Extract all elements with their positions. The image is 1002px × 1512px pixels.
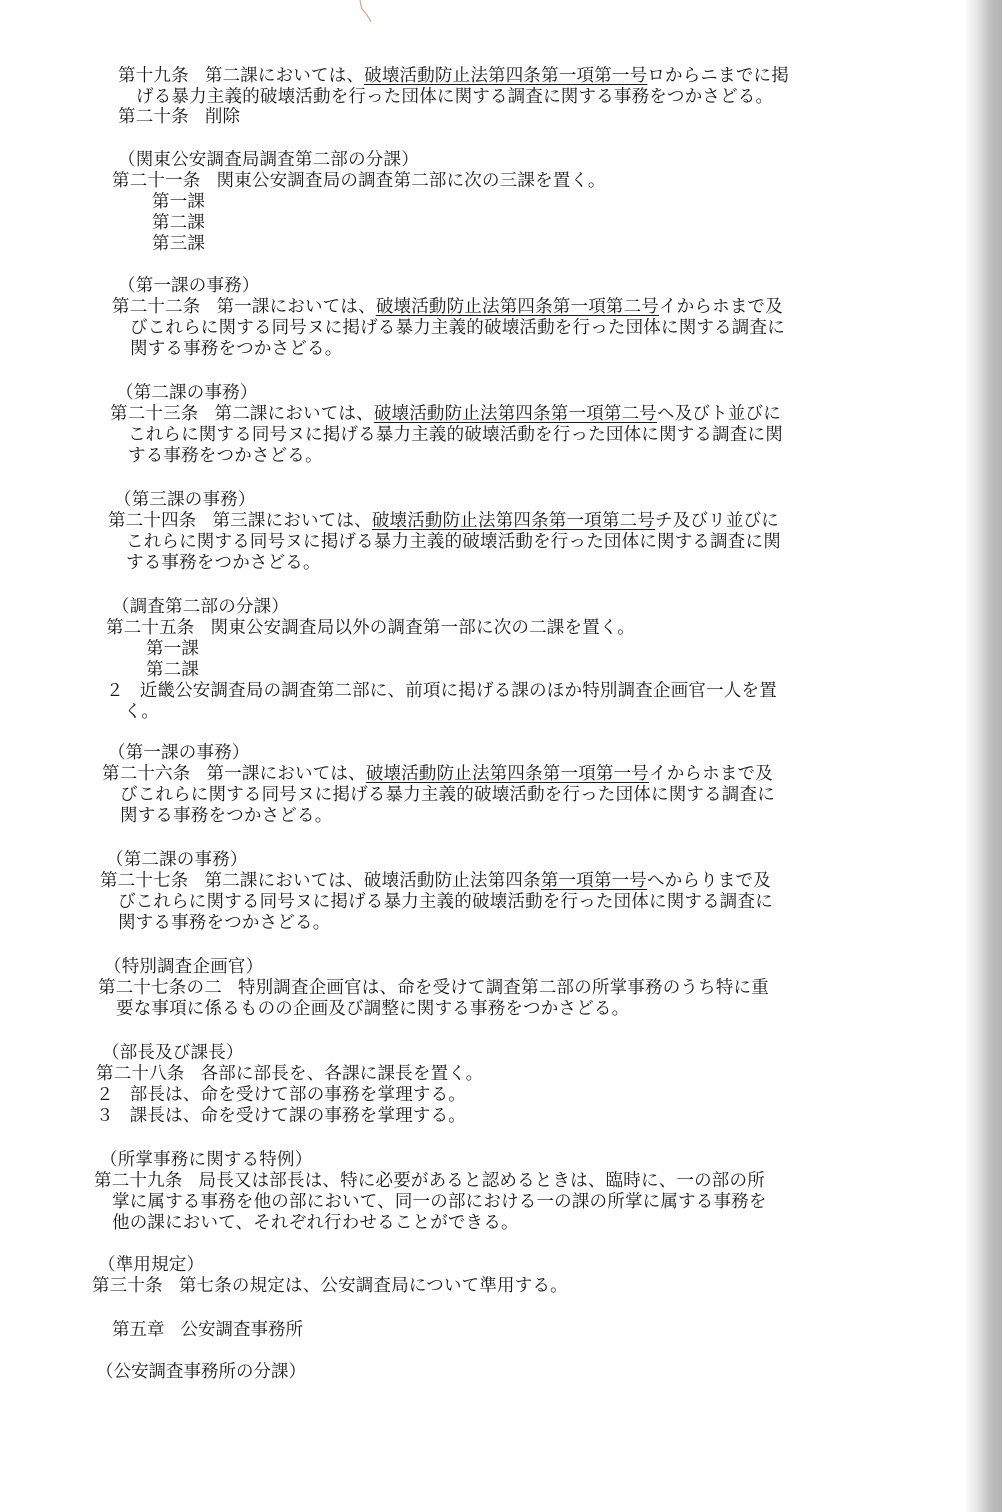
article-21: （関東公安調査局調査第二部の分課） 第二十一条関東公安調査局の調査第二部に次の三… — [112, 150, 606, 255]
article-number: 第二十一条 — [112, 171, 201, 191]
article-text: びこれらに関する同号ヌに掲げる暴力主義的破壊活動を行った団体に関する調査に — [112, 318, 785, 339]
article-19: 第十九条第二課においては、破壊活動防止法第四条第一項第一号ロからニまでに掲 げる… — [118, 66, 789, 108]
article-number: 第十九条 — [118, 66, 189, 86]
article-number: 第二十三条 — [110, 404, 199, 424]
article-text: 部長は、命を受けて部の事務を掌理する。 — [130, 1085, 466, 1105]
article-text: びこれらに関する同号ヌに掲げる暴力主義的破壊活動を行った団体に関する調査に — [102, 785, 775, 806]
article-number: 第二十七条の二 — [98, 978, 222, 998]
article-text: 他の課において、それぞれ行わせることができる。 — [94, 1213, 767, 1234]
next-article-caption: （公安調査事務所の分課） — [96, 1362, 306, 1383]
article-caption: （所掌事務に関する特例） — [94, 1150, 767, 1171]
article-number: 第二十七条 — [100, 871, 189, 891]
article-number: 第二十九条 — [94, 1171, 183, 1191]
article-caption: （調査第二部の分課） — [106, 597, 777, 618]
article-text: 特別調査企画官は、命を受けて調査第二部の所掌事務のうち特に重 — [238, 978, 769, 998]
underlined-reference: 破壊活動防止法第四条第一項第二号 — [374, 404, 657, 424]
page-binding-shadow — [964, 0, 1002, 1512]
article-text: へからりまで及 — [647, 871, 771, 891]
section-item: 第一課 — [106, 639, 777, 660]
article-text: 削除 — [205, 107, 240, 127]
scanned-document-page: 第十九条第二課においては、破壊活動防止法第四条第一項第一号ロからニまでに掲 げる… — [0, 0, 1002, 1512]
article-27: （第二課の事務） 第二十七条第二課においては、破壊活動防止法第四条第一項第一号へ… — [100, 850, 773, 934]
article-number: 第三十条 — [92, 1276, 163, 1296]
article-caption: （部長及び課長） — [96, 1043, 483, 1064]
article-text: 関東公安調査局以外の調査第一部に次の二課を置く。 — [211, 618, 635, 638]
article-text: 要な事項に係るものの企画及び調整に関する事務をつかさどる。 — [98, 999, 769, 1020]
article-24: （第三課の事務） 第二十四条第三課においては、破壊活動防止法第四条第一項第二号チ… — [108, 490, 781, 574]
article-text: 掌に属する事務を他の部において、同一の部における一の課の所掌に属する事務を — [94, 1192, 767, 1213]
underlined-reference: 破壊活動防止法第四条第一項第一号 — [366, 764, 649, 784]
underlined-reference: 破壊活動防止法第四条第一項第二号 — [376, 297, 659, 317]
article-text: イからホまで及 — [649, 764, 773, 784]
article-22: （第一課の事務） 第二十二条第一課においては、破壊活動防止法第四条第一項第二号イ… — [112, 276, 785, 360]
section-item: 第三課 — [112, 234, 606, 255]
article-text: 関する事務をつかさどる。 — [100, 913, 773, 934]
article-text: イからホまで及 — [659, 297, 783, 317]
article-number: 第二十四条 — [108, 511, 197, 531]
chapter-title: 公安調査事務所 — [181, 1320, 304, 1340]
article-text: 第一課においては、 — [207, 764, 366, 784]
article-text: 第二課においては、 — [215, 404, 374, 424]
article-number: 第二十二条 — [112, 297, 201, 317]
article-text: する事務をつかさどる。 — [110, 446, 783, 467]
article-30: （準用規定） 第三十条第七条の規定は、公安調査局について準用する。 — [92, 1255, 568, 1297]
article-caption: （第三課の事務） — [108, 490, 781, 511]
article-caption: （第一課の事務） — [102, 743, 775, 764]
article-text: びこれらに関する同号ヌに掲げる暴力主義的破壊活動を行った団体に関する調査に — [100, 892, 773, 913]
article-27-2: （特別調査企画官） 第二十七条の二特別調査企画官は、命を受けて調査第二部の所掌事… — [98, 957, 769, 1020]
section-item: 第一課 — [112, 192, 606, 213]
article-caption: （準用規定） — [92, 1255, 568, 1276]
article-text: 関東公安調査局の調査第二部に次の三課を置く。 — [217, 171, 606, 191]
article-caption: （特別調査企画官） — [98, 957, 769, 978]
article-23: （第二課の事務） 第二十三条第二課においては、破壊活動防止法第四条第一項第二号ヘ… — [110, 383, 783, 467]
article-caption: （関東公安調査局調査第二部の分課） — [112, 150, 606, 171]
article-text: 近畿公安調査局の調査第二部に、前項に掲げる課のほか特別調査企画官一人を置 — [140, 681, 777, 701]
article-text: 第一課においては、 — [217, 297, 376, 317]
article-text: 第二課においては、破壊活動防止法第四条 — [205, 871, 541, 891]
article-text: 課長は、命を受けて課の事務を掌理する。 — [130, 1106, 466, 1126]
article-text: 関する事務をつかさどる。 — [102, 806, 775, 827]
article-text: ヘ及びト並びに — [657, 404, 781, 424]
chapter-heading: 第五章公安調査事務所 — [112, 1320, 303, 1341]
article-26: （第一課の事務） 第二十六条第一課においては、破壊活動防止法第四条第一項第一号イ… — [102, 743, 775, 827]
article-20: 第二十条削除 — [118, 107, 240, 128]
paragraph-number: ２ — [106, 681, 124, 701]
article-number: 第二十六条 — [102, 764, 191, 784]
section-item: 第二課 — [106, 660, 777, 681]
article-caption: （第二課の事務） — [110, 383, 783, 404]
article-text: ロからニまでに掲 — [647, 66, 789, 86]
article-text: 第七条の規定は、公安調査局について準用する。 — [179, 1276, 568, 1296]
article-text: チ及びリ並びに — [655, 511, 779, 531]
article-text: する事務をつかさどる。 — [108, 553, 781, 574]
article-28: （部長及び課長） 第二十八条各部に部長を、各課に課長を置く。 ２部長は、命を受け… — [96, 1043, 483, 1127]
article-caption: （第二課の事務） — [100, 850, 773, 871]
article-29: （所掌事務に関する特例） 第二十九条局長又は部長は、特に必要があると認めるときは… — [94, 1150, 767, 1234]
article-text: 第三課においては、 — [213, 511, 372, 531]
article-number: 第二十条 — [118, 107, 189, 127]
article-text: これらに関する同号ヌに掲げる暴力主義的破壊活動を行った団体に関する調査に関 — [108, 532, 781, 553]
article-text: これらに関する同号ヌに掲げる暴力主義的破壊活動を行った団体に関する調査に関 — [110, 425, 783, 446]
article-text: く。 — [106, 702, 777, 723]
underlined-reference: 破壊活動防止法第四条第一項第二号 — [372, 511, 655, 531]
section-item: 第二課 — [112, 213, 606, 234]
article-number: 第二十五条 — [106, 618, 195, 638]
paragraph-number: ２ — [96, 1085, 114, 1105]
article-number: 第二十八条 — [96, 1064, 185, 1084]
article-25: （調査第二部の分課） 第二十五条関東公安調査局以外の調査第一部に次の二課を置く。… — [106, 597, 777, 723]
chapter-number: 第五章 — [112, 1320, 165, 1340]
underlined-reference: 破壊活動防止法第四条第一項第一号 — [364, 66, 647, 86]
article-text: 関する事務をつかさどる。 — [112, 339, 785, 360]
pen-mark-decoration — [358, 0, 374, 24]
article-text: 局長又は部長は、特に必要があると認めるときは、臨時に、一の部の所 — [199, 1171, 765, 1191]
article-text: 第二課においては、 — [205, 66, 364, 86]
article-text: 各部に部長を、各課に課長を置く。 — [201, 1064, 484, 1084]
paragraph-number: ３ — [96, 1106, 114, 1126]
article-text: げる暴力主義的破壊活動を行った団体に関する調査に関する事務をつかさどる。 — [118, 87, 789, 108]
underlined-reference: 第一項第一号 — [541, 871, 647, 891]
article-caption: （第一課の事務） — [112, 276, 785, 297]
